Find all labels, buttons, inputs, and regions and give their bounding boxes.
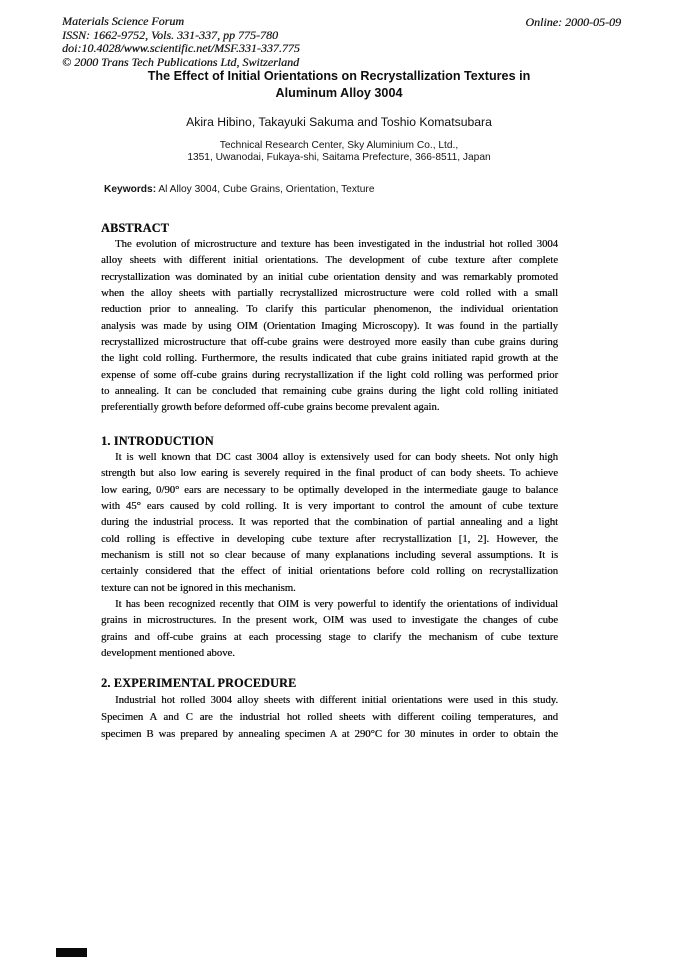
- introduction-paragraph-1: It is well known that DC cast 3004 alloy…: [101, 449, 558, 596]
- keywords-label: Keywords:: [104, 184, 156, 195]
- authors: Akira Hibino, Takayuki Sakuma and Toshio…: [40, 115, 638, 129]
- abstract-line: analysis was made by using OIM (Orientat…: [101, 318, 558, 334]
- abstract-heading: ABSTRACT: [101, 221, 169, 236]
- scan-artifact-mark: [56, 948, 87, 957]
- body-line: cold rolling is effective in developing …: [101, 531, 558, 547]
- body-line: Specimen A and C are the industrial hot …: [101, 709, 558, 726]
- body-line: Industrial hot rolled 3004 alloy sheets …: [101, 692, 558, 709]
- keywords-text: Al Alloy 3004, Cube Grains, Orientation,…: [156, 184, 374, 195]
- abstract-line: the light cold rolling. Furthermore, the…: [101, 350, 558, 366]
- journal-issn: ISSN: 1662-9752, Vols. 331-337, pp 775-7…: [62, 29, 300, 43]
- introduction-heading: 1. INTRODUCTION: [101, 434, 214, 449]
- abstract-body: The evolution of microstructure and text…: [101, 236, 558, 416]
- body-line: strength but also low earing is severely…: [101, 465, 558, 481]
- abstract-line: when the alloy sheets with partially rec…: [101, 285, 558, 301]
- body-line: texture can not be ignored in this mecha…: [101, 580, 558, 596]
- experimental-heading: 2. EXPERIMENTAL PROCEDURE: [101, 676, 296, 691]
- abstract-line: reduction prior to annealing. To clarify…: [101, 301, 558, 317]
- abstract-line: The evolution of microstructure and text…: [101, 236, 558, 252]
- body-line: low earing, 0/90° ears are necessary to …: [101, 482, 558, 498]
- paper-title-line2: Aluminum Alloy 3004: [40, 85, 638, 102]
- experimental-paragraph-1: Industrial hot rolled 3004 alloy sheets …: [101, 692, 558, 743]
- body-line: development mentioned above.: [101, 645, 558, 661]
- abstract-line: alloy sheets with different initial orie…: [101, 252, 558, 268]
- abstract-line: expense of some off-cube grains during r…: [101, 367, 558, 383]
- body-line: mechanism is still not so clear because …: [101, 547, 558, 563]
- journal-doi: doi:10.4028/www.scientific.net/MSF.331-3…: [62, 42, 300, 56]
- keywords-line: Keywords: Al Alloy 3004, Cube Grains, Or…: [104, 184, 375, 195]
- abstract-line: to annealing. It can be concluded that r…: [101, 383, 558, 399]
- paper-title-line1: The Effect of Initial Orientations on Re…: [40, 68, 638, 85]
- introduction-paragraph-2: It has been recognized recently that OIM…: [101, 596, 558, 661]
- body-line: during the industrial process. It was re…: [101, 514, 558, 530]
- body-line: with 45° ears caused by cold rolling. It…: [101, 498, 558, 514]
- abstract-line: recrystallization was dominated by an in…: [101, 269, 558, 285]
- abstract-line: preferentially growth before deformed of…: [101, 399, 558, 415]
- journal-name: Materials Science Forum: [62, 15, 300, 29]
- body-line: It has been recognized recently that OIM…: [101, 596, 558, 612]
- paper-title: The Effect of Initial Orientations on Re…: [40, 68, 638, 101]
- online-date: Online: 2000-05-09: [525, 15, 621, 30]
- publisher-info: Materials Science Forum ISSN: 1662-9752,…: [62, 15, 300, 70]
- affiliation: Technical Research Center, Sky Aluminium…: [40, 140, 638, 164]
- affiliation-line1: Technical Research Center, Sky Aluminium…: [40, 140, 638, 152]
- body-line: grains and off-cube grains at each proce…: [101, 629, 558, 645]
- affiliation-line2: 1351, Uwanodai, Fukaya-shi, Saitama Pref…: [40, 152, 638, 164]
- abstract-line: recrystallized microstructure that off-c…: [101, 334, 558, 350]
- scanned-paper-page: Materials Science Forum ISSN: 1662-9752,…: [0, 0, 678, 959]
- body-line: certainly considered that the effect of …: [101, 563, 558, 579]
- body-line: grains in microstructures. In the presen…: [101, 612, 558, 628]
- body-line: specimen B was prepared by annealing spe…: [101, 726, 558, 743]
- body-line: It is well known that DC cast 3004 alloy…: [101, 449, 558, 465]
